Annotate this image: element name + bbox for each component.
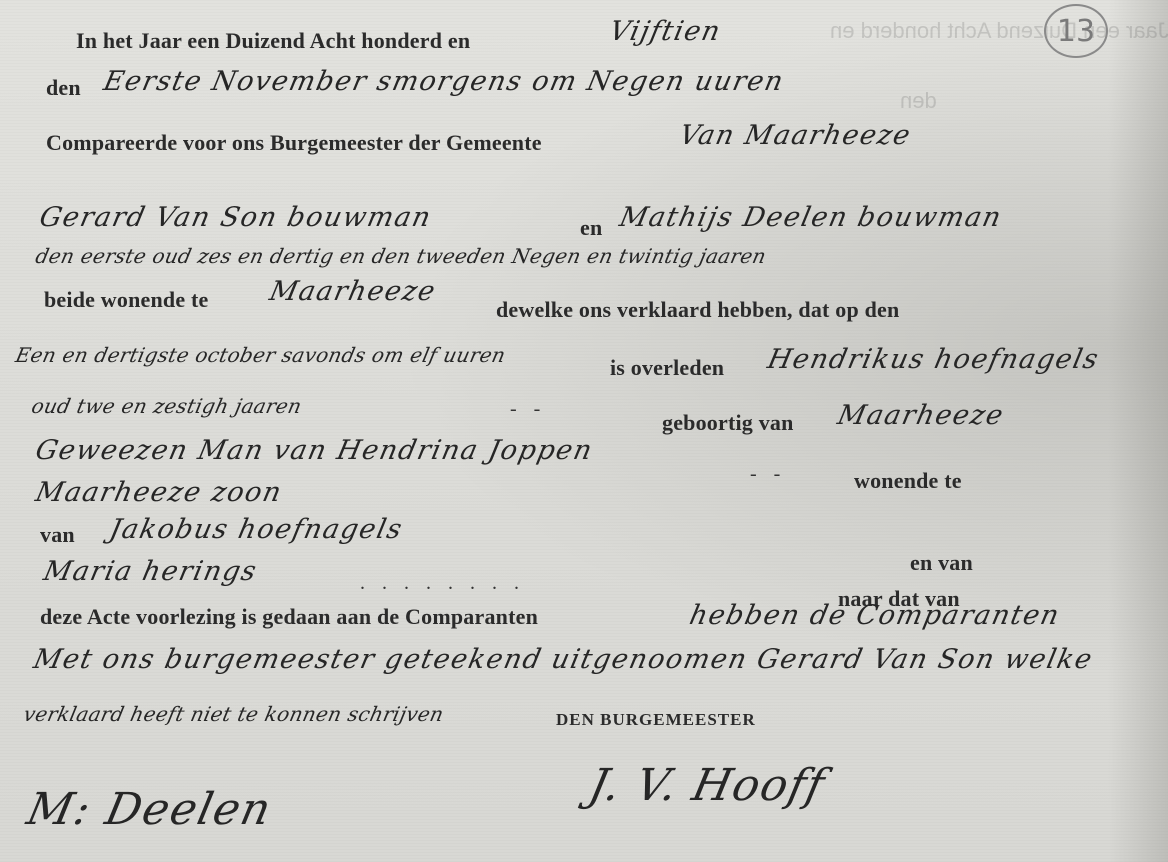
handwritten-closing-1: hebben de Comparanten	[687, 600, 1063, 631]
handwritten-residence-2: Maarheeze zoon	[33, 477, 286, 508]
handwritten-death-date: Een en dertigste october savonds om elf …	[13, 343, 507, 367]
printed-van: van	[40, 522, 75, 548]
handwritten-year: Vijftien	[607, 16, 724, 47]
handwritten-residence: Maarheeze	[267, 276, 439, 307]
printed-dewelke: dewelke ons verklaard hebben, dat op den	[496, 297, 899, 323]
handwritten-spouse: Geweezen Man van Hendrina Joppen	[33, 435, 596, 466]
printed-den-burgemeester: DEN BURGEMEESTER	[556, 710, 756, 730]
printed-wonende-te: wonende te	[854, 468, 962, 494]
document-page: In het Jaar een Duizend Acht honderd en …	[0, 0, 1168, 862]
signature-mayor: J. V. Hooff	[585, 760, 831, 811]
handwritten-birthplace: Maarheeze	[835, 400, 1007, 431]
page-edge-shadow	[1108, 0, 1168, 862]
bleed-through-text: den	[900, 88, 937, 114]
handwritten-deceased-name: Hendrikus hoefnagels	[765, 344, 1102, 375]
handwritten-closing-2: Met ons burgemeester geteekend uitgenoom…	[31, 644, 1096, 675]
printed-geboortig-van: geboortig van	[662, 410, 794, 436]
handwritten-ages: den eerste oud zes en dertig en den twee…	[33, 244, 768, 268]
handwritten-mother: Maria herings	[41, 556, 260, 587]
printed-line-3: Compareerde voor ons Burgemeester der Ge…	[46, 130, 542, 156]
printed-is-overleden: is overleden	[610, 355, 724, 381]
filler-dots: . . . . . . . .	[360, 572, 525, 595]
printed-en-van: en van	[910, 550, 973, 576]
filler-dashes: - -	[750, 463, 786, 486]
handwritten-closing-3: verklaard heeft niet te konnen schrijven	[21, 702, 445, 726]
signature-witness: M: Deelen	[23, 784, 277, 835]
handwritten-date-time: Eerste November smorgens om Negen uuren	[101, 66, 787, 97]
folio-number: 13	[1044, 4, 1108, 58]
handwritten-comparant-2: Mathijs Deelen bouwman	[617, 202, 1005, 233]
printed-beide-wonende: beide wonende te	[44, 287, 209, 313]
printed-en: en	[580, 215, 602, 241]
handwritten-municipality: Van Maarheeze	[677, 120, 914, 151]
handwritten-deceased-age: oud twe en zestigh jaaren	[29, 394, 304, 418]
handwritten-comparant-1: Gerard Van Son bouwman	[37, 202, 435, 233]
handwritten-father: Jakobus hoefnagels	[107, 514, 406, 545]
printed-den: den	[46, 75, 81, 101]
printed-acte-voorlezing: deze Acte voorlezing is gedaan aan de Co…	[40, 604, 538, 630]
filler-dashes: - -	[510, 398, 546, 421]
printed-line-1: In het Jaar een Duizend Acht honderd en	[76, 28, 470, 54]
bleed-through-text: In het Jaar een Duizend Acht honderd en	[830, 18, 1168, 44]
